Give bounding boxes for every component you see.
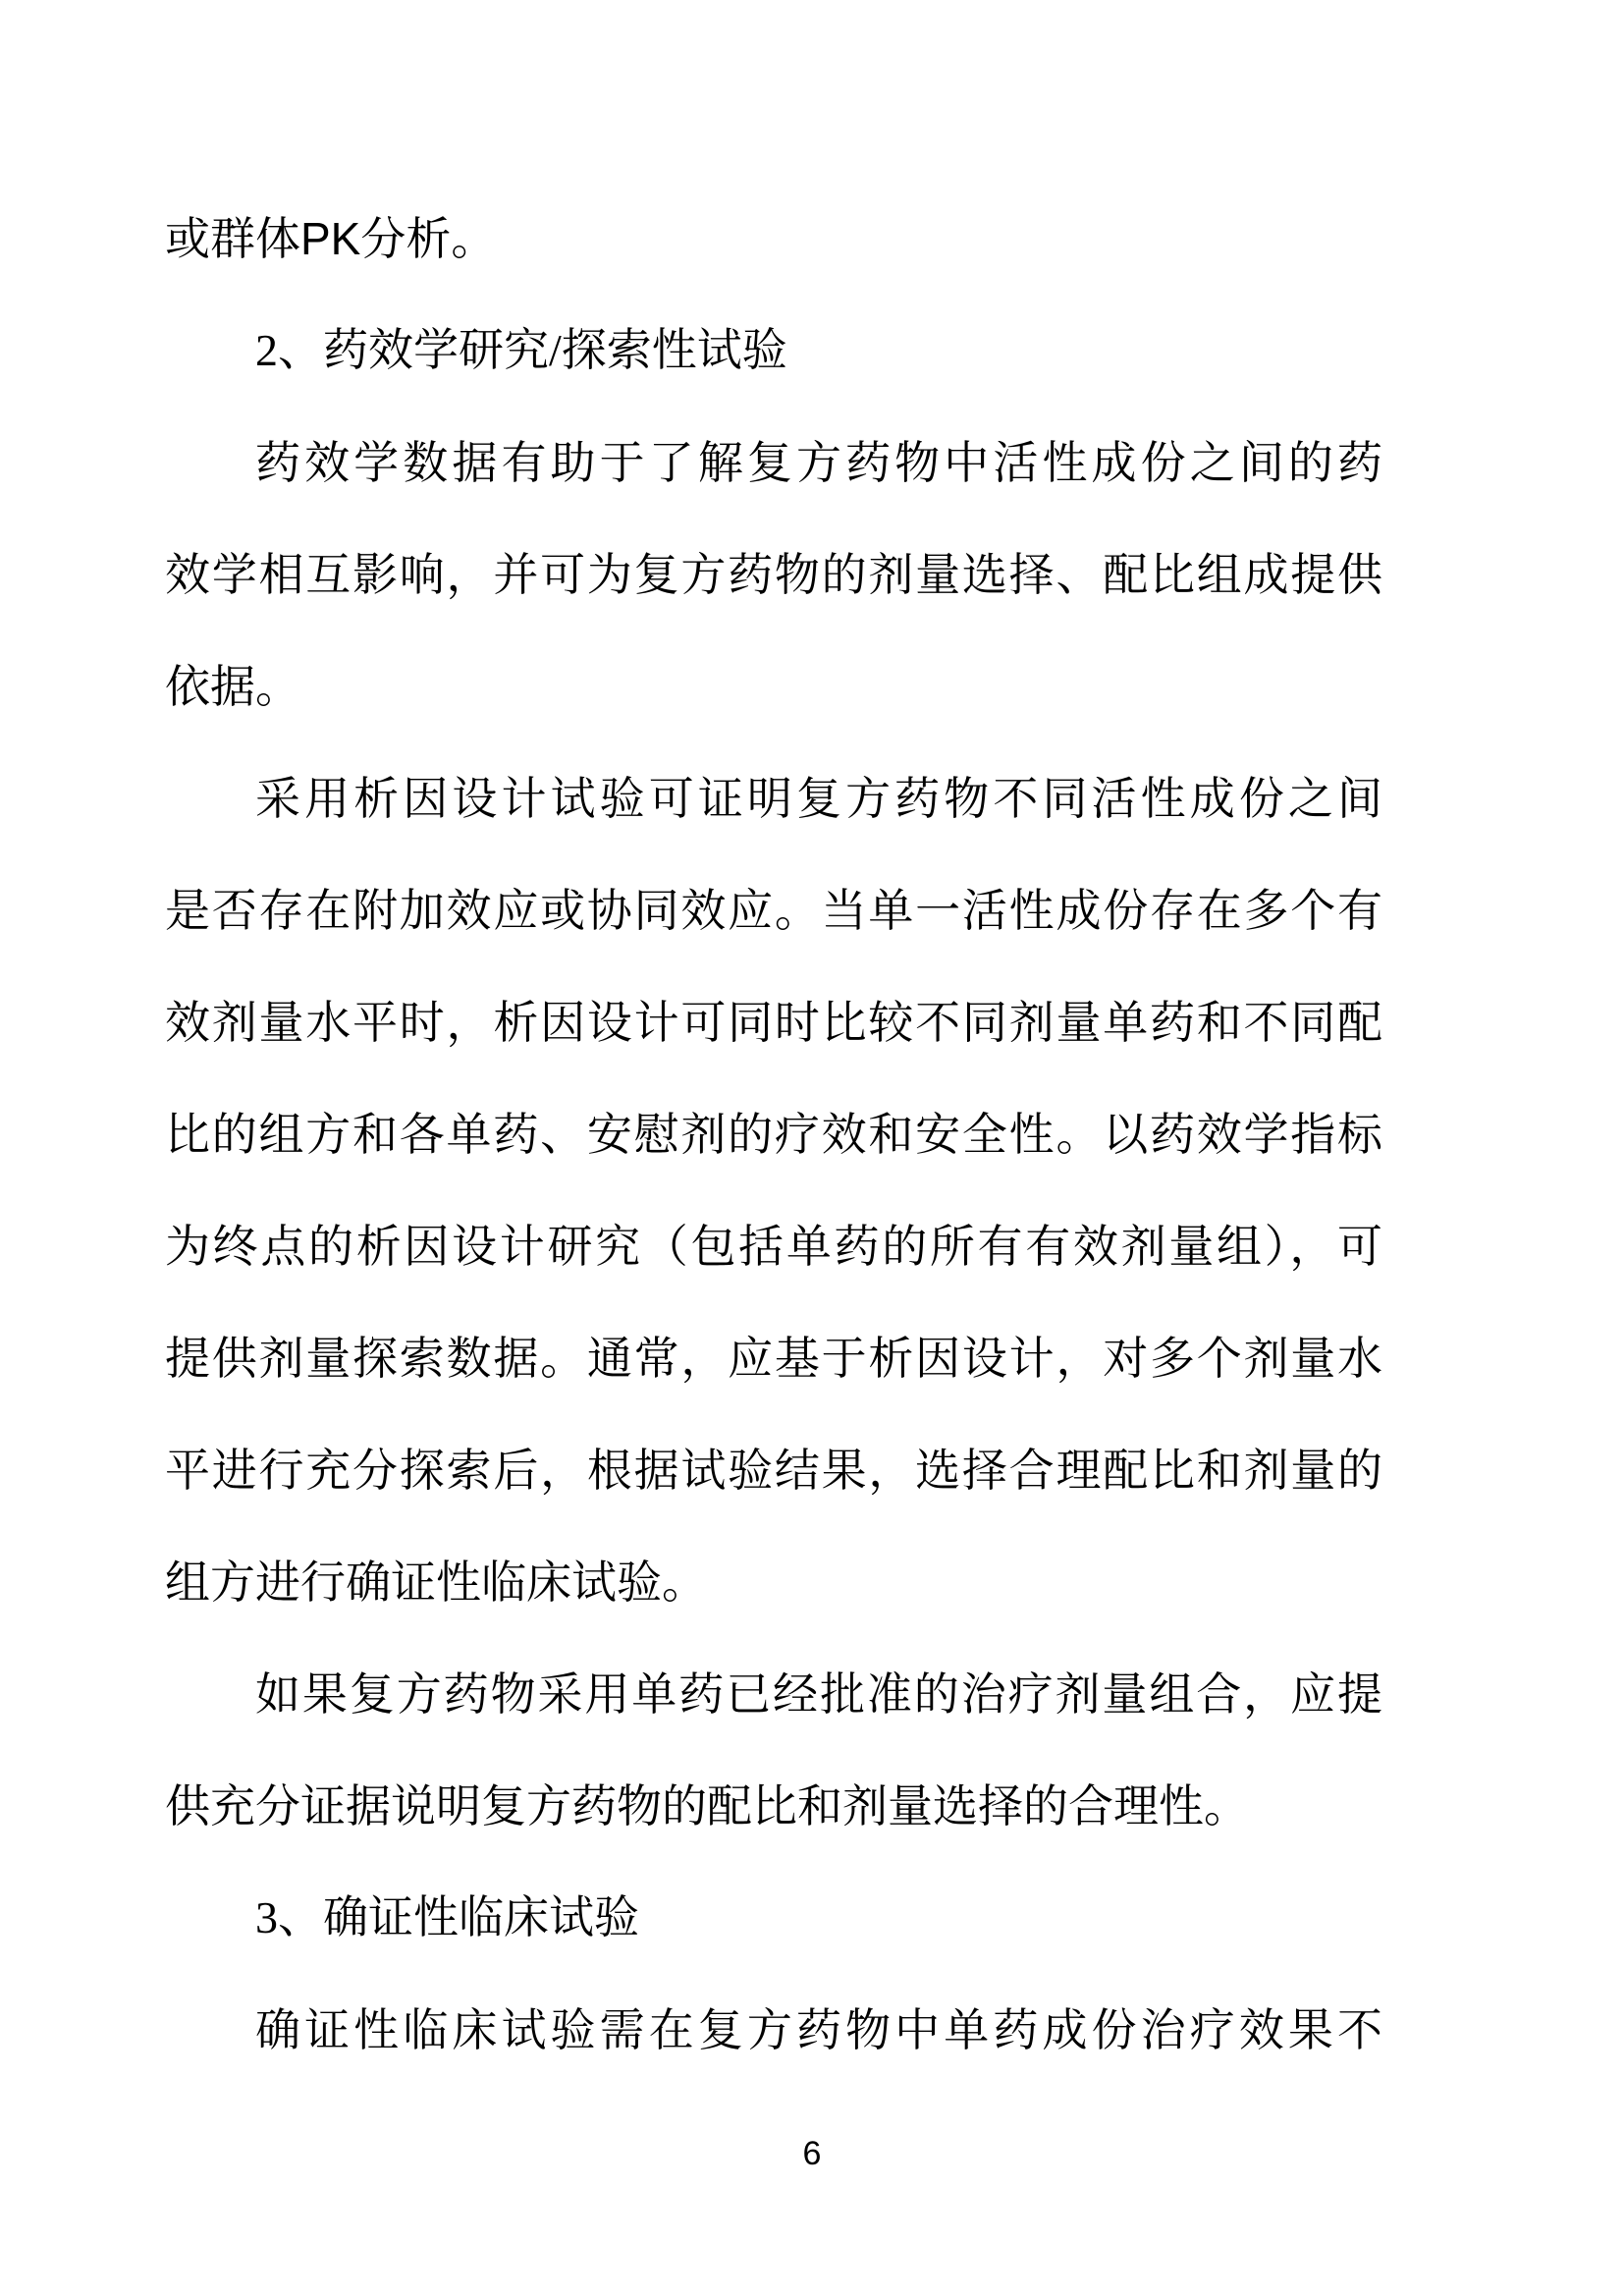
body-line-continuation: 或群体PK分析。 [165, 183, 1382, 295]
paragraph-line: 为终点的析因设计研究（包括单药的所有有效剂量组），可 [165, 1190, 1382, 1302]
paragraph-line: 平进行充分探索后，根据试验结果，选择合理配比和剂量的 [165, 1414, 1382, 1526]
paragraph-line: 效剂量水平时，析因设计可同时比较不同剂量单药和不同配 [165, 966, 1382, 1078]
section-heading-3: 3、确证性临床试验 [165, 1862, 1382, 1974]
paragraph-line: 药效学数据有助于了解复方药物中活性成份之间的药 [165, 407, 1382, 519]
paragraph-line: 供充分证据说明复方药物的配比和剂量选择的合理性。 [165, 1750, 1382, 1862]
section-heading-2: 2、药效学研究/探索性试验 [165, 295, 1382, 407]
page-number: 6 [0, 2137, 1624, 2170]
paragraph-line: 确证性临床试验需在复方药物中单药成份治疗效果不 [165, 1974, 1382, 2086]
document-page: 或群体PK分析。 2、药效学研究/探索性试验 药效学数据有助于了解复方药物中活性… [0, 0, 1624, 2296]
paragraph-line: 提供剂量探索数据。通常，应基于析因设计，对多个剂量水 [165, 1302, 1382, 1414]
paragraph-line: 比的组方和各单药、安慰剂的疗效和安全性。以药效学指标 [165, 1078, 1382, 1190]
paragraph-line: 组方进行确证性临床试验。 [165, 1526, 1382, 1638]
paragraph-line: 如果复方药物采用单药已经批准的治疗剂量组合，应提 [165, 1638, 1382, 1750]
text-block: 或群体PK分析。 2、药效学研究/探索性试验 药效学数据有助于了解复方药物中活性… [165, 183, 1382, 2086]
paragraph-line: 采用析因设计试验可证明复方药物不同活性成份之间 [165, 742, 1382, 854]
paragraph-line: 效学相互影响，并可为复方药物的剂量选择、配比组成提供 [165, 519, 1382, 630]
paragraph-line: 是否存在附加效应或协同效应。当单一活性成份存在多个有 [165, 854, 1382, 966]
paragraph-line: 依据。 [165, 630, 1382, 742]
